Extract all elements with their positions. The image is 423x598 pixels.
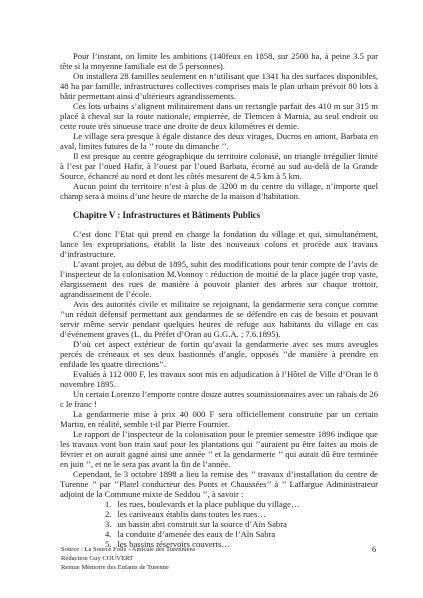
list-item-text: les rues, boulevards et la place publiqu… <box>117 499 378 509</box>
page-footer: Source : La Source Folle - Amicale des T… <box>61 546 195 572</box>
paragraph: La gendarmerie mise à prix 40 000 F sera… <box>60 409 378 429</box>
list-item: 2. les caniveaux établis dans toutes les… <box>60 509 378 519</box>
document-page: Pour l’instant, on limite les ambitions … <box>0 0 423 598</box>
paragraph: L’avant projet, au début de 1895, subit … <box>60 259 378 299</box>
paragraph: Aucun point du territoire n’est à plus d… <box>60 181 378 201</box>
footer-memoir-line: Remue Mémoire des Enfants de Turenne <box>61 564 195 573</box>
list-item: 3. un bassin abri construit sur la sourc… <box>60 519 378 529</box>
paragraph: On installera 28 familles seulement en n… <box>60 71 378 101</box>
footer-redaction-line: Rédaction Guy COUVERT <box>61 555 195 564</box>
list-item-number: 2. <box>105 509 111 519</box>
paragraph: Ces lots urbains s’alignent militairemen… <box>60 101 378 131</box>
page-body: Pour l’instant, on limite les ambitions … <box>60 51 378 549</box>
list-item-text: un bassin abri construit sur la source d… <box>117 519 378 529</box>
numbered-list: 1. les rues, boulevards et la place publ… <box>60 499 378 549</box>
paragraph: Un certain Lorenzo l’emporte contre douz… <box>60 389 378 409</box>
paragraph: D’où cet aspect extérieur de fortin qu’a… <box>60 339 378 369</box>
list-item-number: 1. <box>105 499 111 509</box>
paragraph: Il est presque au centre géographique du… <box>60 151 378 181</box>
paragraph: Evalués à 112 000 F, les travaux sont mi… <box>60 369 378 389</box>
paragraph: Avis des autorités civile et militaire s… <box>60 299 378 339</box>
list-item-number: 3. <box>105 519 111 529</box>
paragraph: Le village sera presque à égale distance… <box>60 131 378 151</box>
list-item-text: la conduite d’amenée des eaux de l’Aïn S… <box>117 529 378 539</box>
list-item-number: 4. <box>105 529 111 539</box>
paragraph: C’est donc l’Etat qui prend en charge la… <box>60 229 378 259</box>
paragraph: Cependant, le 3 octobre 1898 a lieu la r… <box>60 469 378 499</box>
paragraph: Le rapport de l’inspecteur de la colonis… <box>60 429 378 469</box>
chapter-heading: Chapitre V : Infrastructures et Bâtiment… <box>60 210 378 220</box>
list-item-text: les caniveaux établis dans toutes les ru… <box>117 509 378 519</box>
page-number: 6 <box>372 545 376 554</box>
list-item: 4. la conduite d’amenée des eaux de l’Aï… <box>60 529 378 539</box>
list-item: 1. les rues, boulevards et la place publ… <box>60 499 378 509</box>
footer-source-line: Source : La Source Folle - Amicale des T… <box>61 546 195 555</box>
paragraph: Pour l’instant, on limite les ambitions … <box>60 51 378 71</box>
